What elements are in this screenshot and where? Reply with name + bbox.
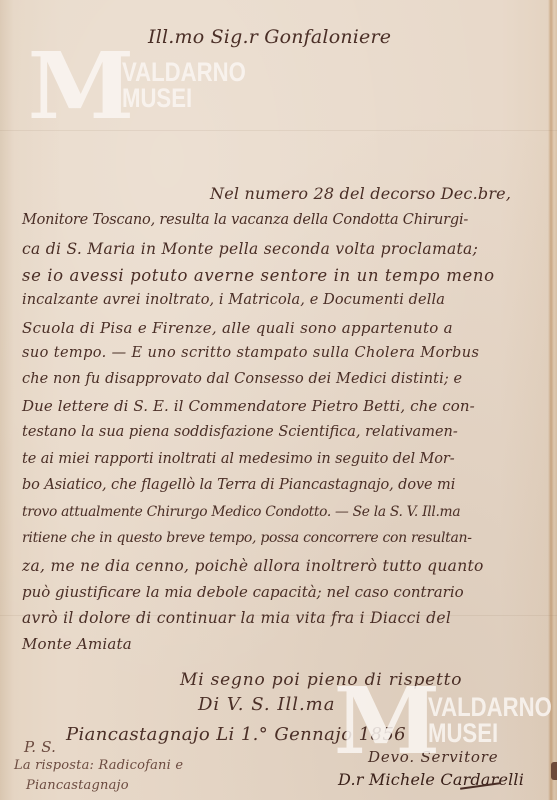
- body-line: testano la sua piena soddisfazione Scien…: [22, 424, 458, 440]
- watermark-logo-top: M VALDARNO MUSEI: [30, 40, 273, 132]
- closing-address: Di V. S. Ill.ma: [198, 694, 335, 715]
- watermark-line2: MUSEI: [122, 86, 246, 112]
- body-line: te ai miei rapporti inoltrati al medesim…: [22, 451, 455, 467]
- body-line: ritiene che in questo breve tempo, possa…: [22, 530, 472, 546]
- postscript-line: Piancastagnajo: [26, 778, 129, 793]
- body-line: che non fu disapprovato dal Consesso dei…: [22, 371, 462, 387]
- body-line: bo Asiatico, che flagellò la Terra di Pi…: [22, 477, 455, 493]
- body-line: incalzante avrei inoltrato, i Matricola,…: [22, 292, 445, 308]
- watermark-logo-bottom: M VALDARNO MUSEI: [336, 675, 557, 767]
- museum-m-logo-icon: M: [334, 675, 437, 767]
- body-line: Scuola di Pisa e Firenze, alle quali son…: [22, 319, 453, 337]
- watermark-line2: MUSEI: [428, 721, 552, 747]
- body-line: trovo attualmente Chirurgo Medico Condot…: [22, 504, 460, 520]
- ink-stain: [551, 762, 557, 780]
- body-line: se io avessi potuto averne sentore in un…: [22, 266, 495, 285]
- body-line: za, me ne dia cenno, poichè allora inolt…: [22, 557, 484, 575]
- postscript-line: La risposta: Radicofani e: [14, 758, 183, 773]
- body-line: Monitore Toscano, resulta la vacanza del…: [22, 212, 468, 228]
- body-line: Monte Amiata: [22, 635, 132, 653]
- body-line: Due lettere di S. E. il Commendatore Pie…: [22, 397, 475, 415]
- body-line: suo tempo. — E uno scritto stampato sull…: [22, 345, 479, 361]
- museum-m-logo-icon: M: [28, 40, 131, 132]
- body-line: ca di S. Maria in Monte pella seconda vo…: [22, 240, 478, 258]
- postscript-label: P. S.: [24, 738, 56, 756]
- body-line: Nel numero 28 del decorso Dec.bre,: [210, 184, 511, 203]
- body-line: può giustificare la mia debole capacità;…: [22, 583, 464, 601]
- body-line: avrò il dolore di continuar la mia vita …: [22, 609, 451, 627]
